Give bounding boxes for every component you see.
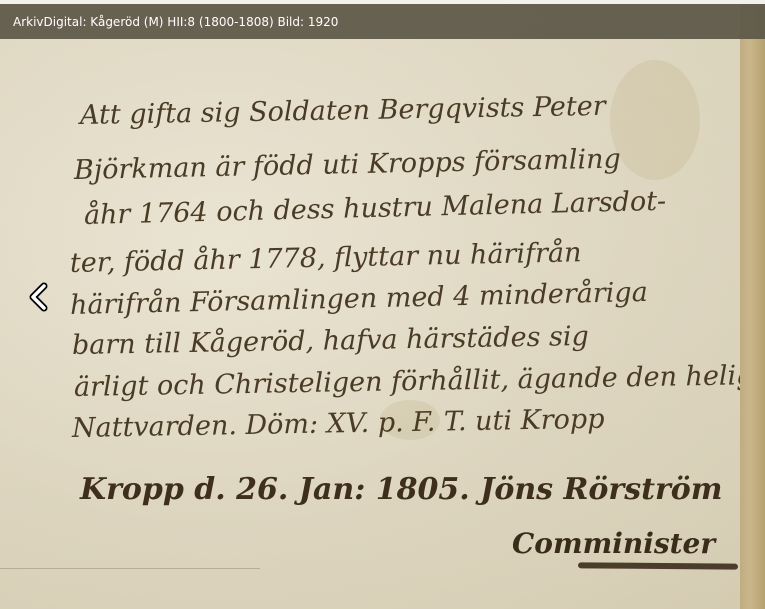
handwriting-line: åhr 1764 och dess hustru Malena Larsdot- [84,186,667,231]
chevron-left-icon [26,282,52,312]
handwriting-line: barn till Kågeröd, hafva härstädes sig [72,321,589,361]
signature-underline [578,562,738,569]
window-title: ArkivDigital: Kågeröd (M) HII:8 (1800-18… [13,15,338,29]
handwriting-date-line: Kropp d. 26. Jan: 1805. Jöns Rörström [80,472,723,507]
paper-fold-line [0,568,260,569]
title-bar: ArkivDigital: Kågeröd (M) HII:8 (1800-18… [0,4,765,39]
handwriting-line: Att gifta sig Soldaten Bergqvists Peter [80,91,606,131]
handwriting-line: härifrån Församlingen med 4 minderåriga [70,277,648,321]
document-page: Att gifta sig Soldaten Bergqvists Peter … [0,0,740,609]
page-edge [740,0,765,609]
handwriting-line: Nattvarden. Döm: XV. p. F. T. uti Kropp [72,404,605,444]
handwriting-line: ärligt och Christeligen förhållit, ägand… [74,360,765,403]
image-viewer[interactable]: Att gifta sig Soldaten Bergqvists Peter … [0,0,765,609]
handwriting-line: Björkman är född uti Kropps församling [74,144,621,186]
handwriting-line: ter, född åhr 1778, flyttar nu härifrån [70,237,582,279]
previous-image-button[interactable] [26,282,52,312]
paper-stain [610,60,700,180]
handwriting-signature-title: Comminister [512,527,715,560]
